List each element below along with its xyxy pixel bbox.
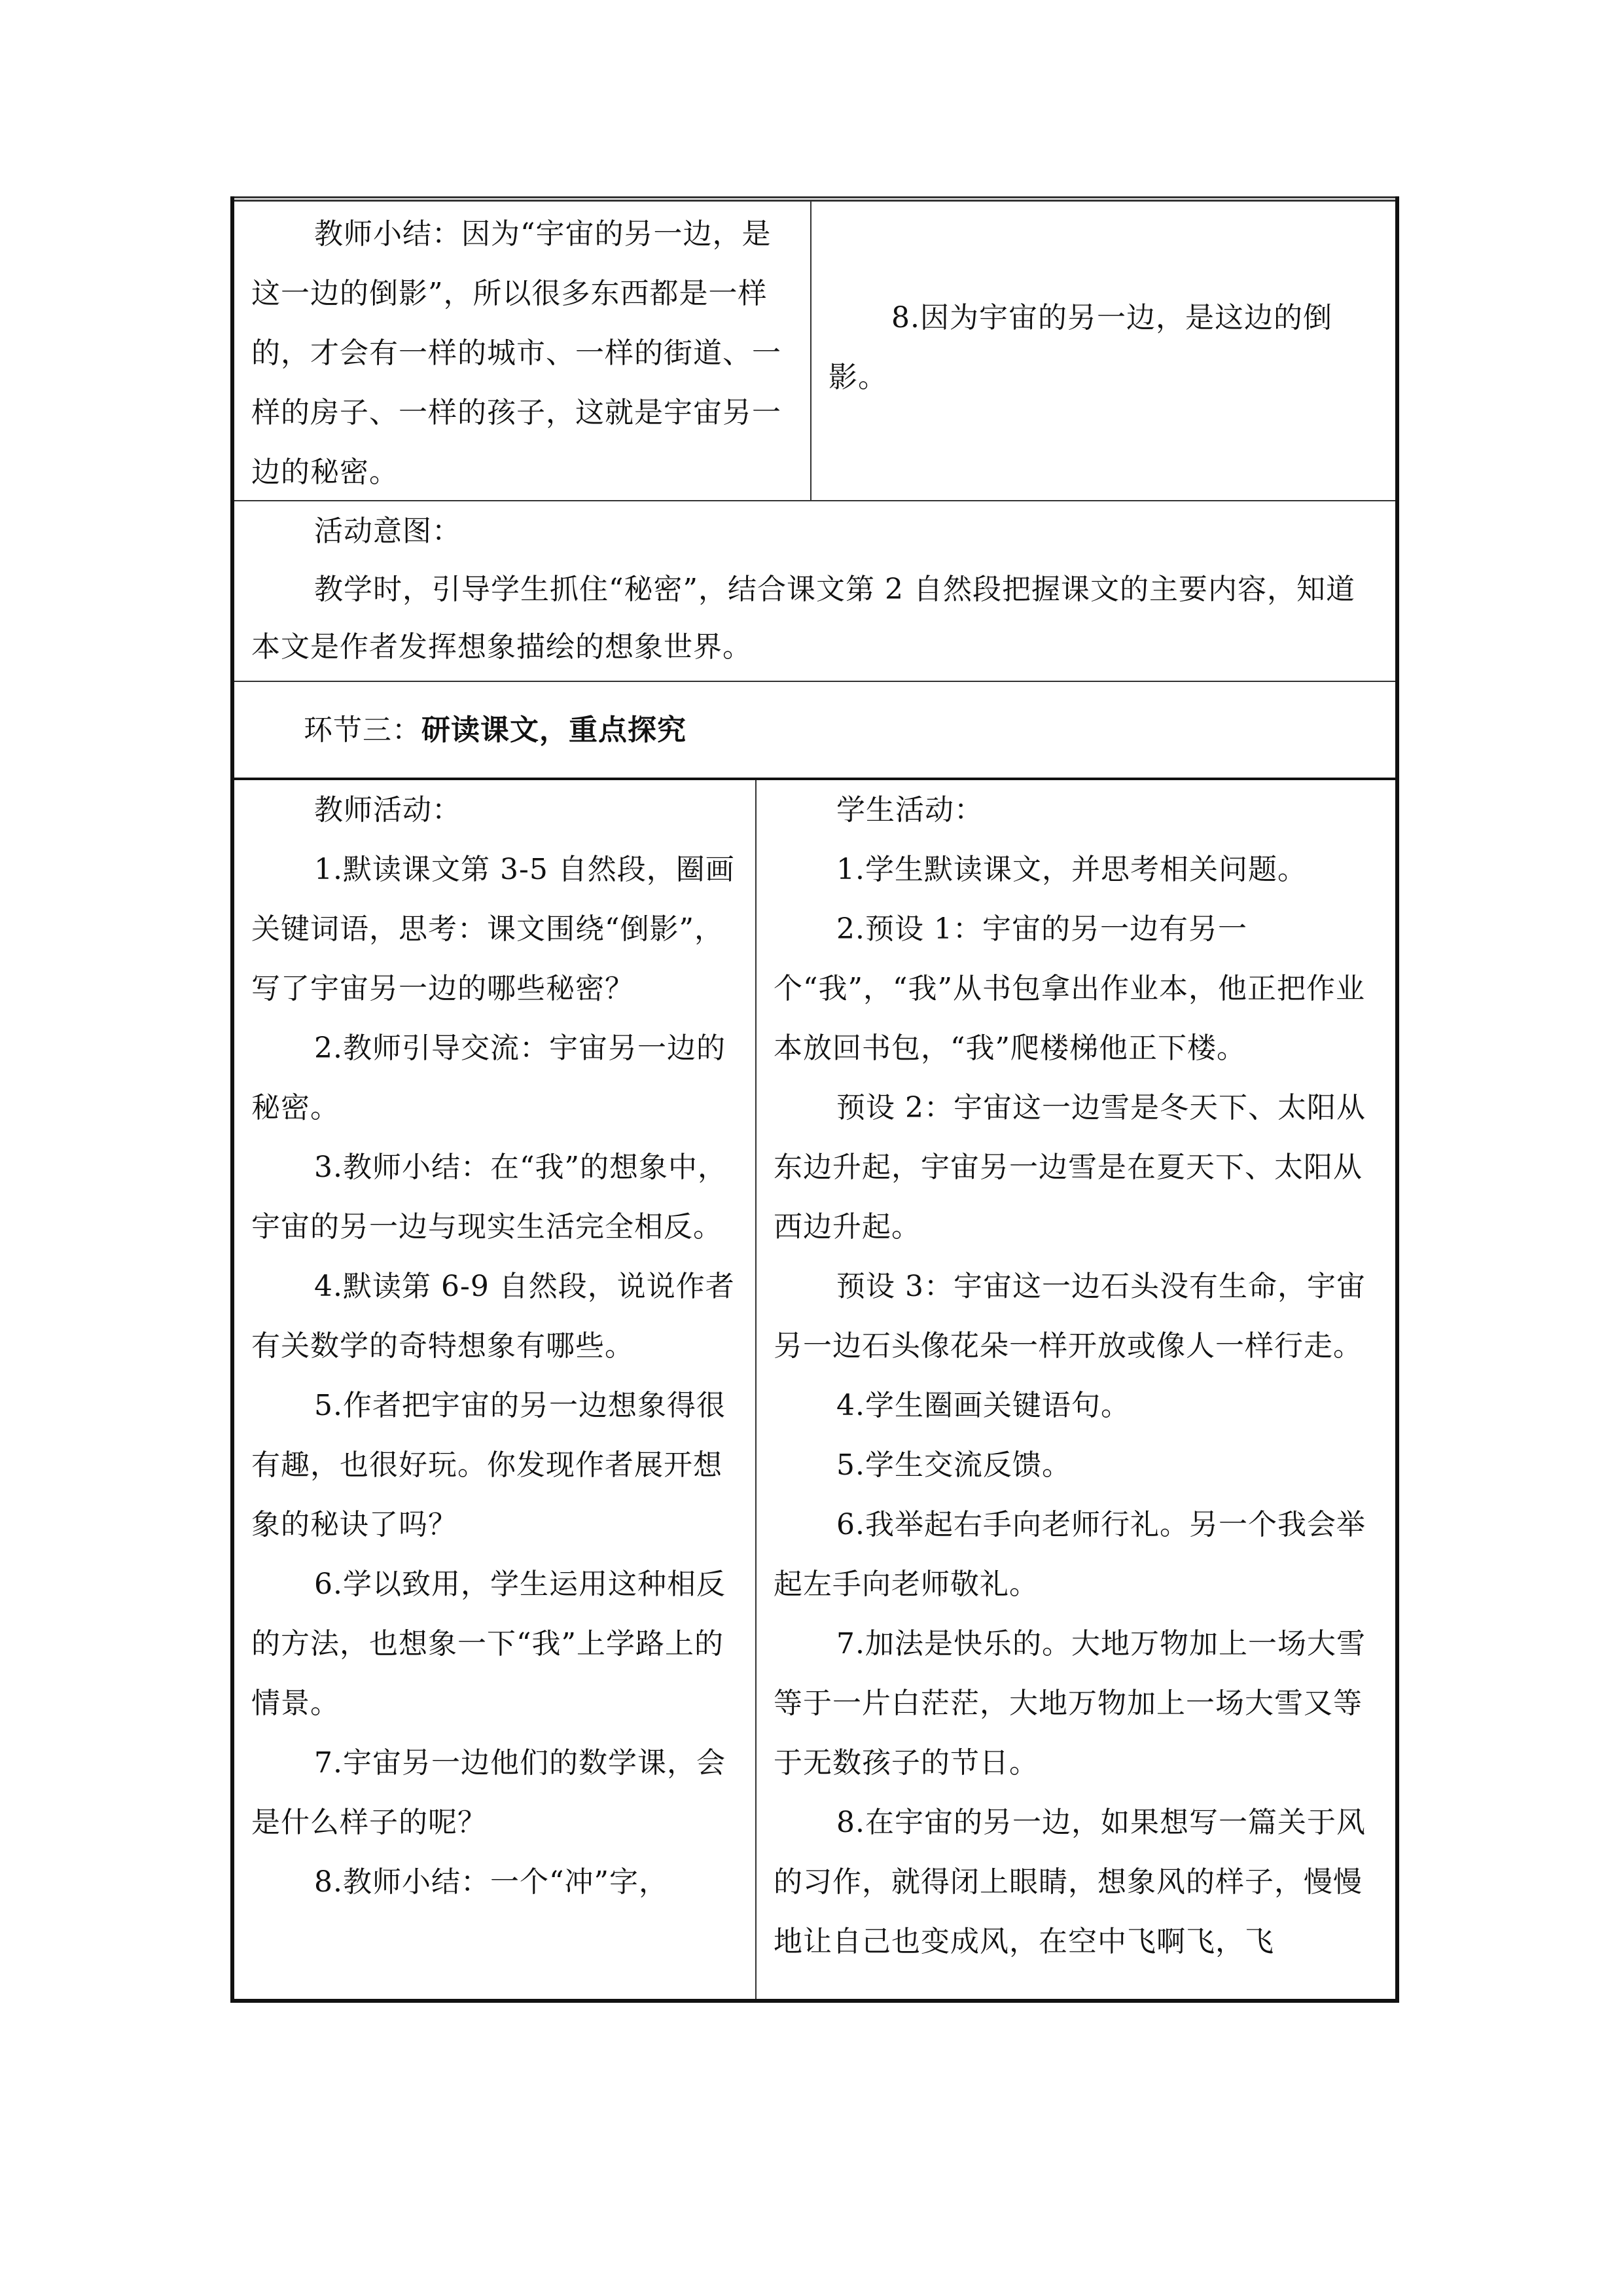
teacher-item: 3.教师小结：在“我”的想象中，宇宙的另一边与现实生活完全相反。 — [251, 1138, 741, 1257]
section-title: 研读课文，重点探究 — [421, 713, 687, 747]
section-heading-row: 环节三：研读课文，重点探究 — [234, 681, 1395, 778]
student-item: 预设 2：宇宙这一边雪是冬天下、太阳从东边升起，宇宙另一边雪是在夏天下、太阳从西… — [774, 1078, 1381, 1257]
activity-intent-body: 教学时，引导学生抓住“秘密”，结合课文第 2 自然段把握课文的主要内容，知道本文… — [251, 561, 1381, 676]
student-item: 1.学生默读课文，并思考相关问题。 — [774, 840, 1381, 899]
student-item: 5.学生交流反馈。 — [774, 1435, 1381, 1495]
teacher-summary-cell: 教师小结：因为“宇宙的另一边，是这一边的倒影”，所以很多东西都是一样的，才会有一… — [234, 202, 810, 500]
student-item: 预设 3：宇宙这一边石头没有生命，宇宙另一边石头像花朵一样开放或像人一样行走。 — [774, 1257, 1381, 1376]
section-heading-cell: 环节三：研读课文，重点探究 — [234, 682, 1395, 778]
summary-row: 教师小结：因为“宇宙的另一边，是这一边的倒影”，所以很多东西都是一样的，才会有一… — [234, 202, 1395, 500]
student-item: 6.我举起右手向老师行礼。另一个我会举起左手向老师敬礼。 — [774, 1495, 1381, 1614]
teacher-item: 5.作者把宇宙的另一边想象得很有趣，也很好玩。你发现作者展开想象的秘诀了吗？ — [251, 1376, 741, 1554]
teacher-item: 6.学以致用，学生运用这种相反的方法，也想象一下“我”上学路上的情景。 — [251, 1554, 741, 1733]
teacher-activities-cell: 教师活动： 1.默读课文第 3-5 自然段，圈画关键词语，思考：课文围绕“倒影”… — [234, 780, 755, 1999]
student-item: 4.学生圈画关键语句。 — [774, 1376, 1381, 1435]
teacher-item: 2.教师引导交流：宇宙另一边的秘密。 — [251, 1018, 741, 1138]
teacher-summary-text: 教师小结：因为“宇宙的另一边，是这一边的倒影”，所以很多东西都是一样的，才会有一… — [251, 204, 796, 502]
student-item: 2.预设 1：宇宙的另一边有另一个“我”，“我”从书包拿出作业本，他正把作业本放… — [774, 899, 1381, 1078]
activity-intent-cell: 活动意图： 教学时，引导学生抓住“秘密”，结合课文第 2 自然段把握课文的主要内… — [234, 501, 1395, 681]
lesson-plan-table: 教师小结：因为“宇宙的另一边，是这一边的倒影”，所以很多东西都是一样的，才会有一… — [230, 196, 1399, 2003]
teacher-item: 1.默读课文第 3-5 自然段，圈画关键词语，思考：课文围绕“倒影”，写了宇宙另… — [251, 840, 741, 1018]
teacher-item: 7.宇宙另一边他们的数学课，会是什么样子的呢？ — [251, 1733, 741, 1852]
teacher-item: 4.默读第 6-9 自然段，说说作者有关数学的奇特想象有哪些。 — [251, 1257, 741, 1376]
activity-intent-heading: 活动意图： — [251, 501, 1381, 561]
student-item: 7.加法是快乐的。大地万物加上一场大雪等于一片白茫茫，大地万物加上一场大雪又等于… — [774, 1614, 1381, 1793]
student-activities-heading: 学生活动： — [774, 780, 1381, 840]
student-item: 8.在宇宙的另一边，如果想写一篇关于风的习作，就得闭上眼睛，想象风的样子，慢慢地… — [774, 1793, 1381, 1971]
teacher-activities-heading: 教师活动： — [251, 780, 741, 840]
student-answer-cell: 8.因为宇宙的另一边，是这边的倒影。 — [810, 202, 1395, 500]
section-heading: 环节三：研读课文，重点探究 — [251, 700, 687, 760]
student-answer-text: 8.因为宇宙的另一边，是这边的倒影。 — [829, 288, 1381, 407]
activity-intent-row: 活动意图： 教学时，引导学生抓住“秘密”，结合课文第 2 自然段把握课文的主要内… — [234, 500, 1395, 681]
teacher-item: 8.教师小结：一个“冲”字， — [251, 1852, 741, 1912]
section-prefix: 环节三： — [304, 713, 421, 747]
activities-row: 教师活动： 1.默读课文第 3-5 自然段，圈画关键词语，思考：课文围绕“倒影”… — [234, 778, 1395, 1999]
student-activities-cell: 学生活动： 1.学生默读课文，并思考相关问题。 2.预设 1：宇宙的另一边有另一… — [755, 780, 1395, 1999]
